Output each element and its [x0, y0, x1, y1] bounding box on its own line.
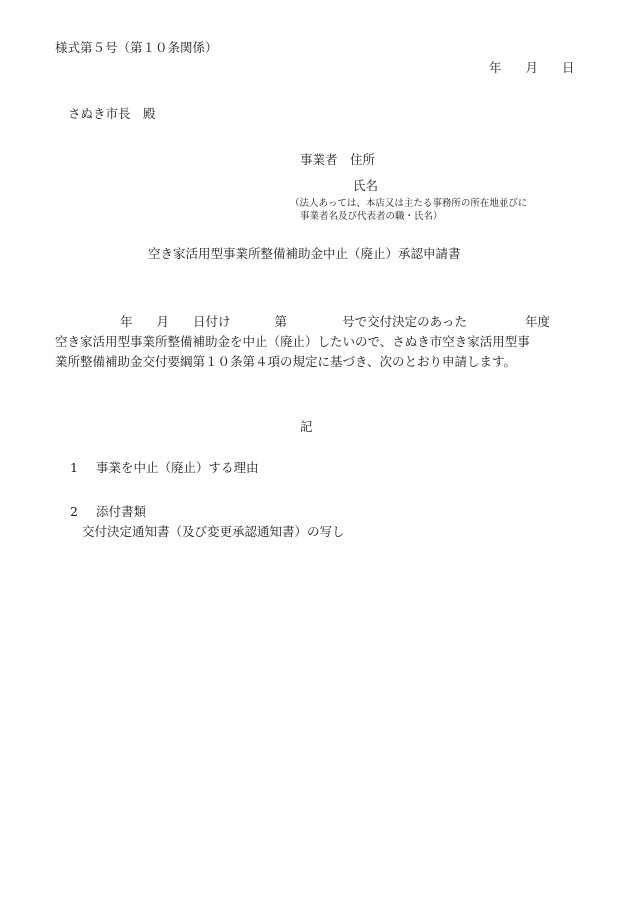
item-attachments: 2添付書類: [70, 506, 146, 519]
item-label: 添付書類: [96, 504, 146, 519]
document-title: 空き家活用型事業所整備補助金中止（廃止）承認申請書: [148, 248, 461, 261]
item-attachments-detail: 交付決定通知書（及び変更承認通知書）の写し: [82, 526, 345, 539]
body-nendo: 年度: [525, 312, 550, 332]
body-year: 年: [120, 312, 133, 332]
body-line-2: 空き家活用型事業所整備補助金を中止（廃止）したいので、さぬき市空き家活用型事: [55, 332, 575, 352]
applicant-name-label: 氏名: [353, 180, 378, 193]
item-reason: 1事業を中止（廃止）する理由: [70, 462, 259, 475]
addressee: さぬき市長 殿: [68, 108, 156, 121]
applicant-note-line2: 事業者名及び代表者の職・氏名）: [290, 210, 527, 223]
body-month: 月: [157, 312, 170, 332]
date-month: 月: [526, 62, 539, 75]
item-number: 2: [70, 506, 96, 519]
form-number: 様式第５号（第１０条関係）: [55, 42, 218, 55]
body-day: 日付け: [193, 312, 231, 332]
applicant-note-line1: （法人あっては、本店又は主たる事務所の所在地並びに: [290, 197, 527, 210]
body-paragraph: 年月日付け第号で交付決定のあった年度 空き家活用型事業所整備補助金を中止（廃止）…: [55, 312, 575, 372]
body-line-3: 業所整備補助金交付要綱第１０条第４項の規定に基づき、次のとおり申請します。: [55, 352, 575, 372]
applicant-note: （法人あっては、本店又は主たる事務所の所在地並びに 事業者名及び代表者の職・氏名…: [290, 197, 527, 223]
body-line-1: 年月日付け第号で交付決定のあった年度: [55, 312, 575, 332]
body-dai: 第: [275, 312, 288, 332]
applicant-address-label: 事業者 住所: [300, 154, 375, 167]
ki-heading: 記: [300, 421, 313, 434]
date-day: 日: [562, 62, 575, 75]
item-number: 1: [70, 462, 96, 475]
date-line: 年月日: [489, 62, 575, 75]
item-label: 事業を中止（廃止）する理由: [96, 460, 259, 475]
body-go: 号で交付決定のあった: [342, 312, 467, 332]
date-year: 年: [489, 62, 502, 75]
